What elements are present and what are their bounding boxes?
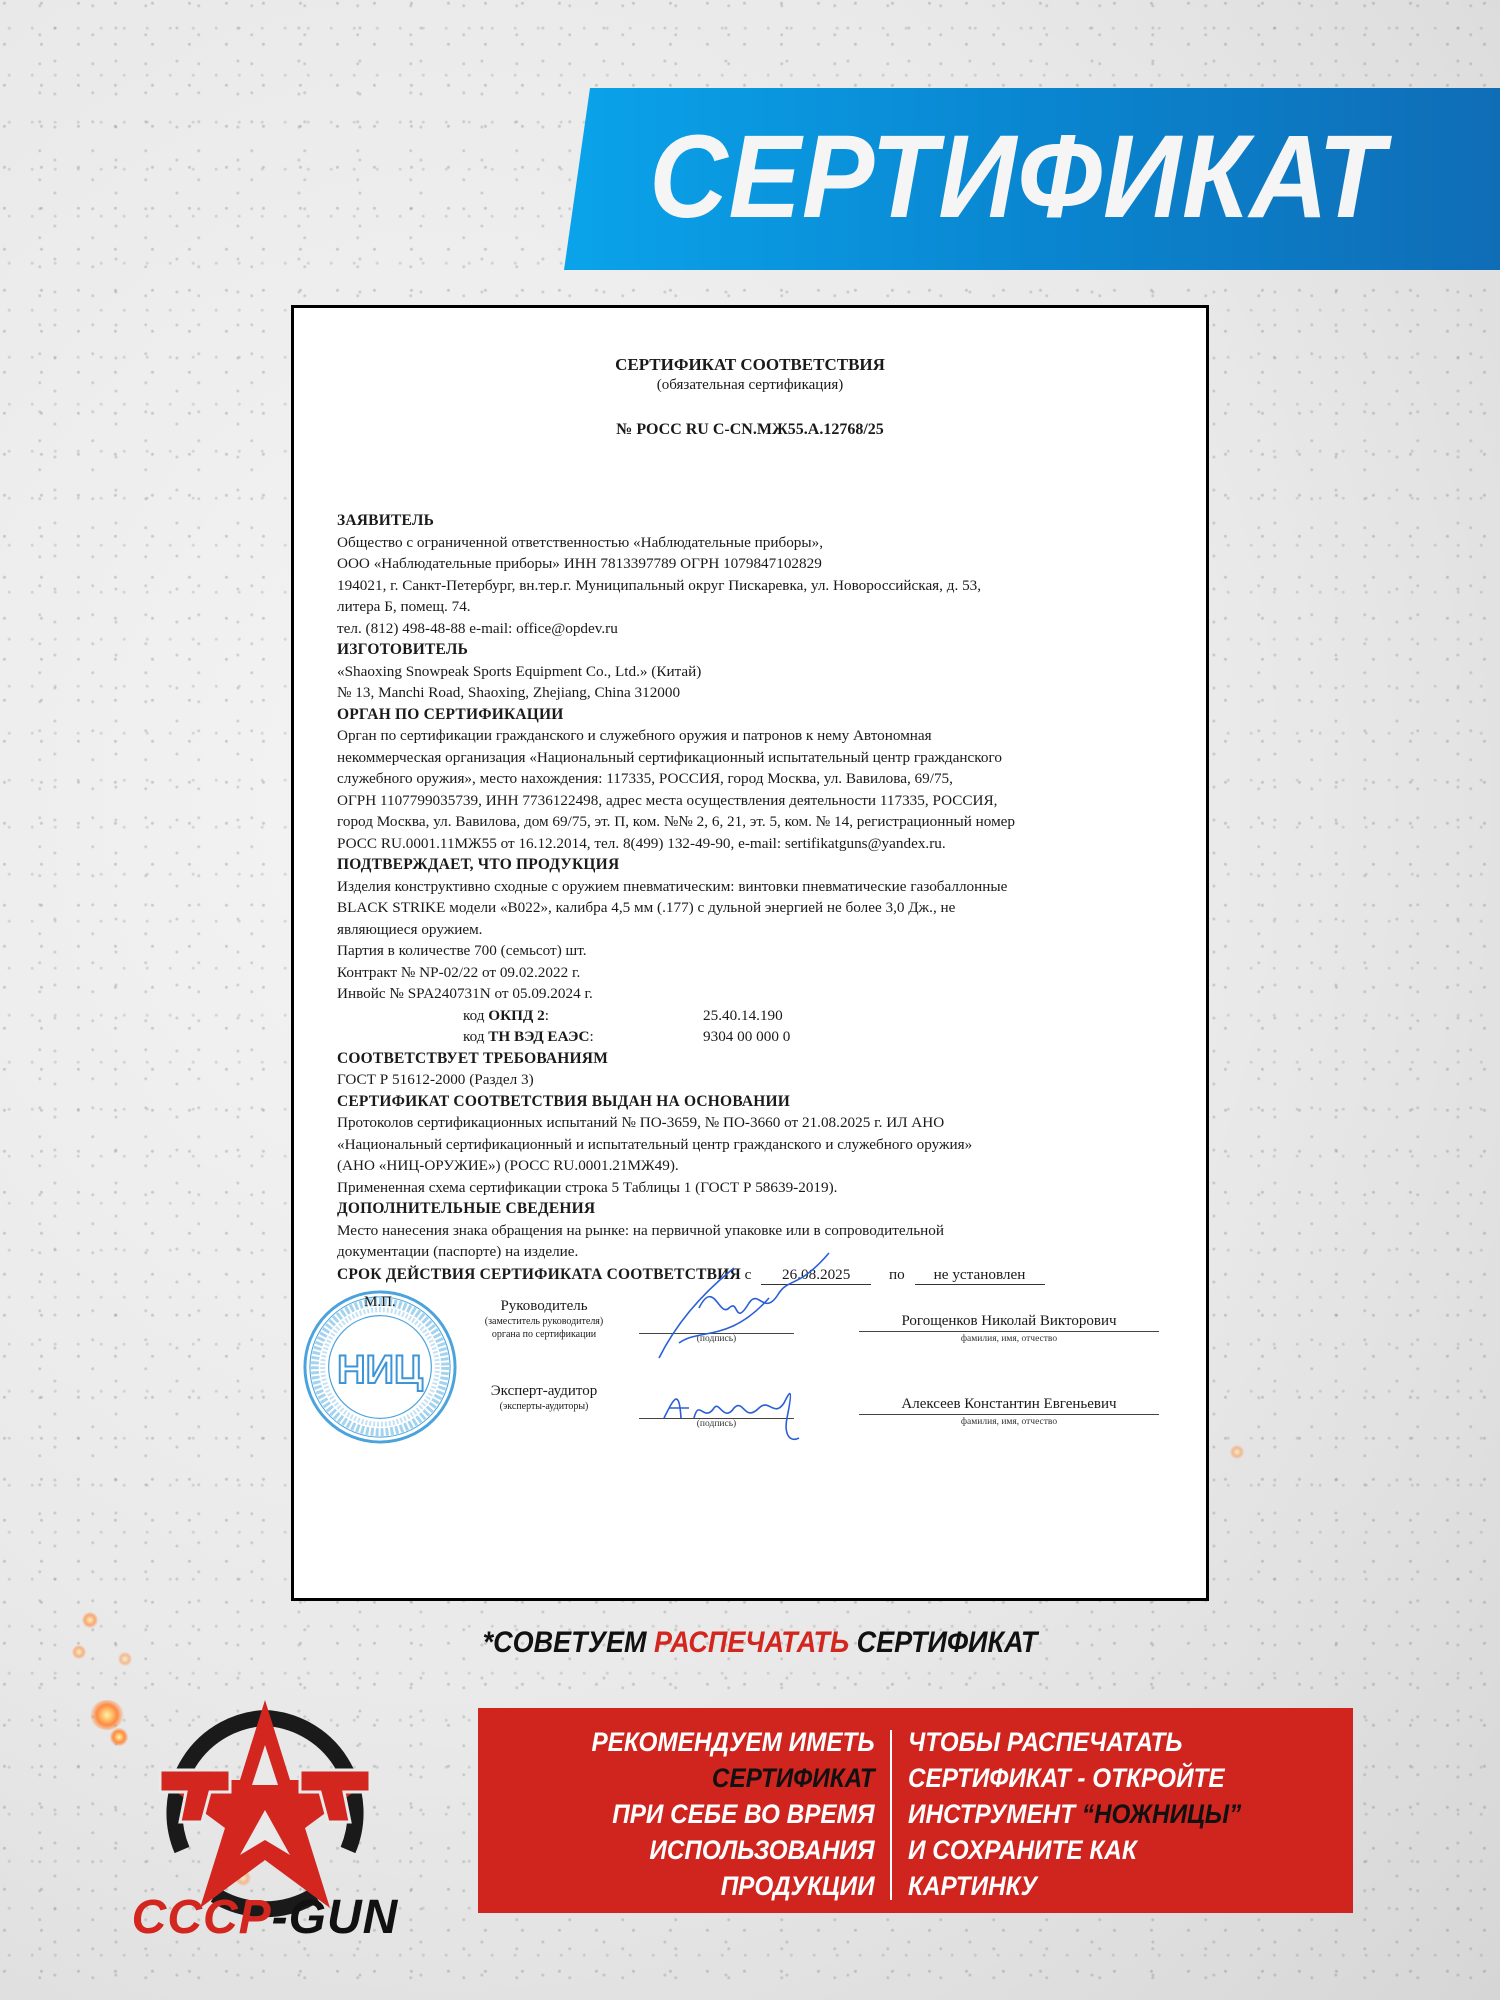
text-line: являющиеся оружием.: [337, 919, 1177, 941]
svg-text:НИЦ: НИЦ: [337, 1348, 423, 1392]
text-line: Изделия конструктивно сходные с оружием …: [337, 876, 1177, 898]
head-role: Руководитель (заместитель руководителя) …: [464, 1298, 624, 1341]
text-line: Орган по сертификации гражданского и слу…: [337, 725, 1177, 747]
text-line: 194021, г. Санкт-Петербург, вн.тер.г. Му…: [337, 575, 1177, 597]
info-right-column: ЧТОБЫ РАСПЕЧАТАТЬСЕРТИФИКАТ - ОТКРОЙТЕИН…: [908, 1724, 1241, 1904]
info-box: РЕКОМЕНДУЕМ ИМЕТЬСЕРТИФИКАТПРИ СЕБЕ ВО В…: [478, 1708, 1353, 1913]
text-line: РОСС RU.0001.11МЖ55 от 16.12.2014, тел. …: [337, 833, 1177, 855]
expert-signature-icon: [659, 1378, 809, 1448]
section-heading: ДОПОЛНИТЕЛЬНЫЕ СВЕДЕНИЯ: [337, 1198, 1177, 1220]
section-manufacturer: ИЗГОТОВИТЕЛЬ «Shaoxing Snowpeak Sports E…: [337, 639, 1177, 704]
info-line: КАРТИНКУ: [908, 1868, 1241, 1904]
text-line: BLACK STRIKE модели «B022», калибра 4,5 …: [337, 897, 1177, 919]
text-line: служебного оружия», место нахождения: 11…: [337, 768, 1177, 790]
code-value: 9304 00 000 0: [703, 1028, 790, 1045]
certificate-number: № РОСС RU C-CN.МЖ55.A.12768/25: [294, 421, 1206, 439]
section-product: ПОДТВЕРЖДАЕТ, ЧТО ПРОДУКЦИЯ Изделия конс…: [337, 854, 1177, 1048]
section-heading: ПОДТВЕРЖДАЕТ, ЧТО ПРОДУКЦИЯ: [337, 854, 1177, 876]
info-line: ПРОДУКЦИИ: [592, 1868, 875, 1904]
section-heading: СООТВЕТСТВУЕТ ТРЕБОВАНИЯМ: [337, 1048, 1177, 1070]
info-line: ЧТОБЫ РАСПЕЧАТАТЬ: [908, 1724, 1241, 1760]
info-line: ИСПОЛЬЗОВАНИЯ: [592, 1832, 875, 1868]
text-line: Примененная схема сертификации строка 5 …: [337, 1177, 1177, 1199]
info-line: СЕРТИФИКАТ: [592, 1760, 875, 1796]
text-line: «Национальный сертификационный и испытат…: [337, 1134, 1177, 1156]
certificate-body: ЗАЯВИТЕЛЬ Общество с ограниченной ответс…: [337, 510, 1177, 1285]
text-line: ООО «Наблюдательные приборы» ИНН 7813397…: [337, 553, 1177, 575]
text-line: (АНО «НИЦ-ОРУЖИЕ») (РОСС RU.0001.21МЖ49)…: [337, 1155, 1177, 1177]
text-line: № 13, Manchi Road, Shaoxing, Zhejiang, C…: [337, 682, 1177, 704]
banner-title: СЕРТИФИКАТ: [640, 112, 1394, 242]
section-heading: ОРГАН ПО СЕРТИФИКАЦИИ: [337, 704, 1177, 726]
section-heading: ИЗГОТОВИТЕЛЬ: [337, 639, 1177, 661]
text-line: литера Б, помещ. 74.: [337, 596, 1177, 618]
expert-name: Алексеев Константин Евгеньевич фамилия, …: [859, 1396, 1159, 1427]
valid-until: не установлен: [915, 1266, 1045, 1285]
info-line: СЕРТИФИКАТ - ОТКРОЙТЕ: [908, 1760, 1241, 1796]
head-name: Рогощенков Николай Викторович фамилия, и…: [859, 1313, 1159, 1344]
code-tnved: код ТН ВЭД ЕАЭС:9304 00 000 0: [337, 1026, 1177, 1048]
section-basis: СЕРТИФИКАТ СООТВЕТСТВИЯ ВЫДАН НА ОСНОВАН…: [337, 1091, 1177, 1199]
text-line: Место нанесения знака обращения на рынке…: [337, 1220, 1177, 1242]
text-line: тел. (812) 498-48-88 e-mail: office@opde…: [337, 618, 1177, 640]
text-line: Контракт № NP-02/22 от 09.02.2022 г.: [337, 962, 1177, 984]
certificate-document: СЕРТИФИКАТ СООТВЕТСТВИЯ (обязательная се…: [291, 305, 1209, 1601]
head-signature-icon: [639, 1248, 839, 1378]
text-line: некоммерческая организация «Национальный…: [337, 747, 1177, 769]
logo-text: СССР-GUN: [130, 1892, 400, 1944]
info-line: И СОХРАНИТЕ КАК: [908, 1832, 1241, 1868]
text-line: Партия в количестве 700 (семьсот) шт.: [337, 940, 1177, 962]
section-requirements: СООТВЕТСТВУЕТ ТРЕБОВАНИЯМ ГОСТ Р 51612-2…: [337, 1048, 1177, 1091]
print-tip: *СОВЕТУЕМ РАСПЕЧАТАТЬ СЕРТИФИКАТ: [463, 1625, 1057, 1661]
code-value: 25.40.14.190: [703, 1007, 783, 1024]
section-applicant: ЗАЯВИТЕЛЬ Общество с ограниченной ответс…: [337, 510, 1177, 639]
section-certification-body: ОРГАН ПО СЕРТИФИКАЦИИ Орган по сертифика…: [337, 704, 1177, 855]
section-heading: ЗАЯВИТЕЛЬ: [337, 510, 1177, 532]
stamp-mark: М.П.: [364, 1294, 396, 1311]
info-divider: [890, 1730, 892, 1900]
text-line: Общество с ограниченной ответственностью…: [337, 532, 1177, 554]
section-heading: СЕРТИФИКАТ СООТВЕТСТВИЯ ВЫДАН НА ОСНОВАН…: [337, 1091, 1177, 1113]
info-left-column: РЕКОМЕНДУЕМ ИМЕТЬСЕРТИФИКАТПРИ СЕБЕ ВО В…: [592, 1724, 875, 1904]
expert-role: Эксперт-аудитор (эксперты-аудиторы): [464, 1383, 624, 1413]
text-line: «Shaoxing Snowpeak Sports Equipment Co.,…: [337, 661, 1177, 683]
info-line: ИНСТРУМЕНТ “НОЖНИЦЫ”: [908, 1796, 1241, 1832]
text-line: ГОСТ Р 51612-2000 (Раздел 3): [337, 1069, 1177, 1091]
text-line: город Москва, ул. Вавилова, дом 69/75, э…: [337, 811, 1177, 833]
text-line: ОГРН 1107799035739, ИНН 7736122498, адре…: [337, 790, 1177, 812]
code-okpd: код ОКПД 2:25.40.14.190: [337, 1005, 1177, 1027]
round-stamp-icon: НИЦ: [301, 1288, 459, 1446]
text-line: Инвойс № SPA240731N от 05.09.2024 г.: [337, 983, 1177, 1005]
info-line: РЕКОМЕНДУЕМ ИМЕТЬ: [592, 1724, 875, 1760]
text-line: Протоколов сертификационных испытаний № …: [337, 1112, 1177, 1134]
certificate-subtitle: (обязательная сертификация): [294, 377, 1206, 394]
certificate-title: СЕРТИФИКАТ СООТВЕТСТВИЯ: [294, 355, 1206, 375]
tip-highlight: РАСПЕЧАТАТЬ: [654, 1626, 849, 1659]
info-line: ПРИ СЕБЕ ВО ВРЕМЯ: [592, 1796, 875, 1832]
